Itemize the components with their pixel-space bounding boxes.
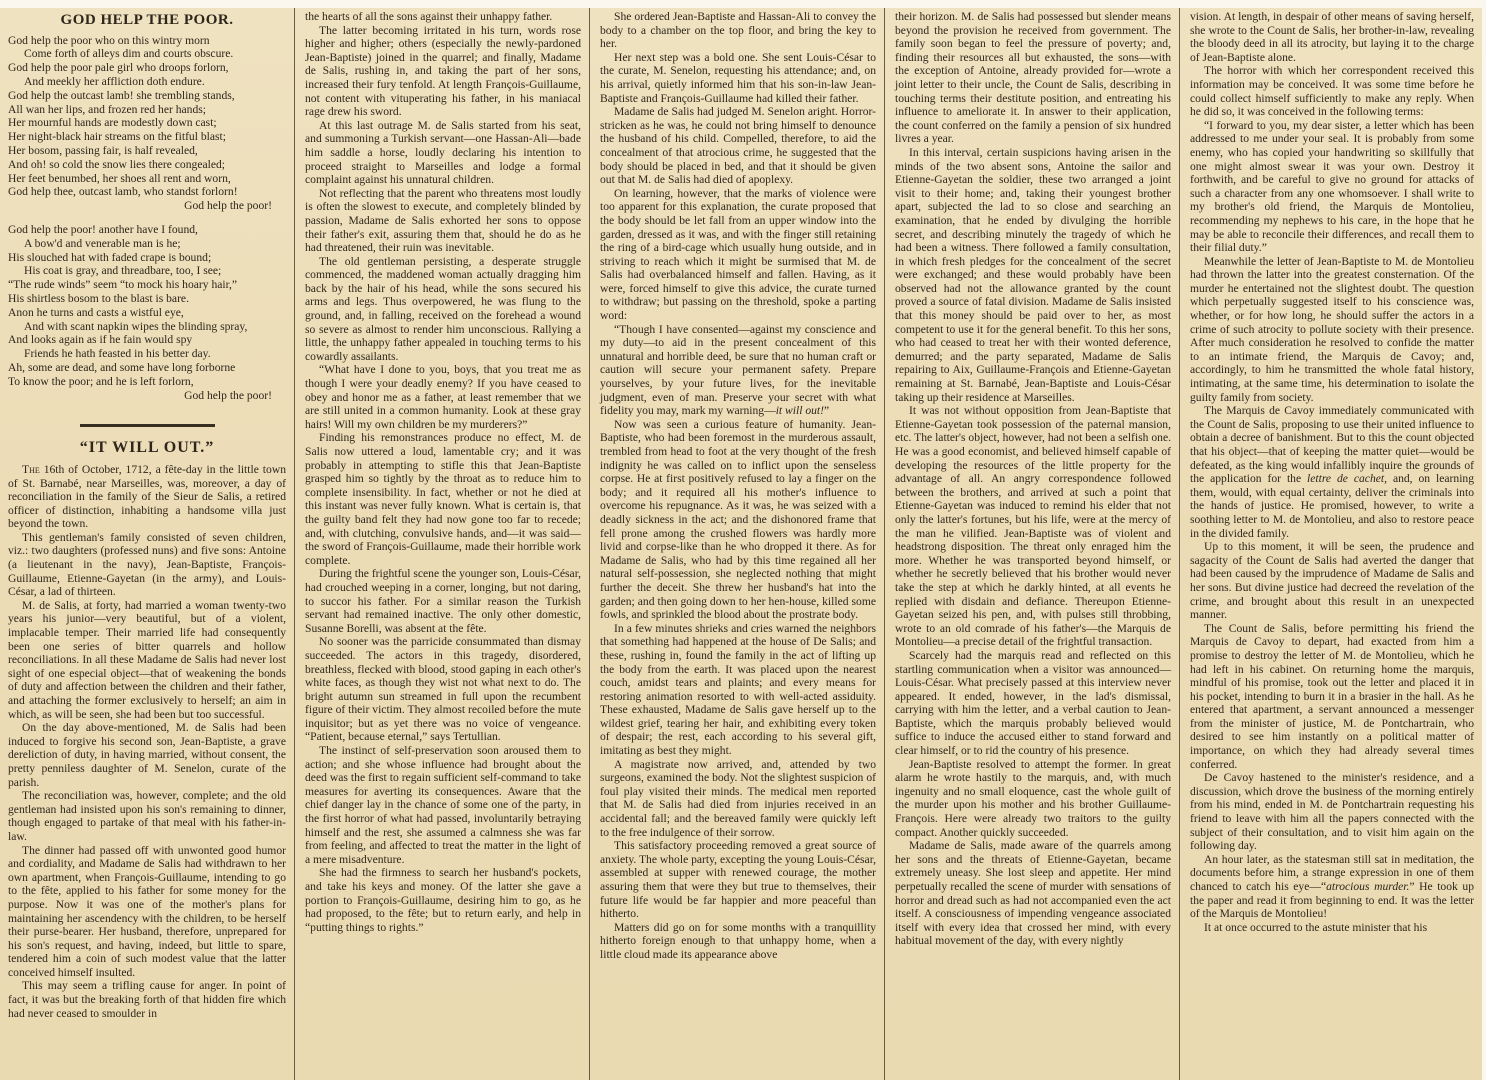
- paragraph-text: “Though I have consented—against my cons…: [600, 323, 876, 418]
- paragraph-text: This satisfactory proceeding removed a g…: [600, 839, 876, 920]
- paragraph-text: 16th of October, 1712, a fête-day in the…: [8, 463, 286, 530]
- story-paragraph: The old gentleman persisting, a desperat…: [305, 255, 581, 364]
- story-paragraph: She ordered Jean-Baptiste and Hassan-Ali…: [600, 10, 876, 51]
- poem-line: And meekly her affliction doth endure.: [8, 75, 286, 89]
- paragraph-text: A magistrate now arrived, and, attended …: [600, 758, 876, 839]
- story-column-2-text: the hearts of all the sons against their…: [305, 10, 581, 934]
- story-paragraph: This may seem a trifling cause for anger…: [8, 979, 286, 1020]
- story-paragraph: Finding his remonstrances produce no eff…: [305, 431, 581, 567]
- story-paragraph: At this last outrage M. de Salis started…: [305, 119, 581, 187]
- story-paragraph: The 16th of October, 1712, a fête-day in…: [8, 463, 286, 531]
- paragraph-text: It was not without opposition from Jean-…: [895, 404, 1171, 648]
- story-paragraph: Now was seen a curious feature of humani…: [600, 418, 876, 622]
- story-paragraph: De Cavoy hastened to the minister's resi…: [1190, 771, 1474, 853]
- paragraph-text: This may seem a trifling cause for anger…: [8, 979, 286, 1019]
- paragraph-text: The reconciliation was, however, complet…: [8, 789, 286, 843]
- paragraph-text: Jean-Baptiste resolved to attempt the fo…: [895, 758, 1171, 839]
- italic-phrase: atrocious murder.: [1326, 880, 1409, 893]
- newspaper-page: GOD HELP THE POOR. God help the poor who…: [0, 8, 1482, 1080]
- story-paragraph: Madame de Salis had judged M. Senelon ar…: [600, 105, 876, 187]
- story-paragraph: Madame de Salis, made aware of the quarr…: [895, 839, 1171, 948]
- story-paragraph: It was not without opposition from Jean-…: [895, 404, 1171, 649]
- paragraph-text: Not reflecting that the parent who threa…: [305, 187, 581, 254]
- paragraph-text: Matters did go on for some months with a…: [600, 921, 876, 961]
- paragraph-text: The horror with which her correspondent …: [1190, 64, 1474, 118]
- story-paragraph: On the day above-mentioned, M. de Salis …: [8, 721, 286, 789]
- story-paragraph: It at once occurred to the astute minist…: [1190, 921, 1474, 935]
- poem-line: His coat is gray, and threadbare, too, I…: [8, 264, 286, 278]
- poem-line: And oh! so cold the snow lies there cong…: [8, 158, 286, 172]
- poem-line: God help thee, outcast lamb, who standst…: [8, 185, 286, 199]
- paragraph-text-tail: ”: [824, 404, 829, 417]
- story-paragraph: Up to this moment, it will be seen, the …: [1190, 540, 1474, 622]
- story-paragraph: The horror with which her correspondent …: [1190, 64, 1474, 118]
- paragraph-text: M. de Salis, at forty, had married a wom…: [8, 599, 286, 721]
- story-paragraph: Matters did go on for some months with a…: [600, 921, 876, 962]
- poem-line: His shirtless bosom to the blast is bare…: [8, 292, 286, 306]
- paragraph-text: Her next step was a bold one. She sent L…: [600, 51, 876, 105]
- paragraph-text: the hearts of all the sons against their…: [305, 10, 552, 23]
- story-paragraph: Her next step was a bold one. She sent L…: [600, 51, 876, 105]
- paragraph-text: Up to this moment, it will be seen, the …: [1190, 540, 1474, 621]
- story-paragraph: Scarcely had the marquis read and reflec…: [895, 649, 1171, 758]
- story-paragraph: No sooner was the parricide consummated …: [305, 635, 581, 744]
- poem-line: To know the poor; and he is left forlorn…: [8, 375, 286, 389]
- story-column-5-text: vision. At length, in despair of other m…: [1190, 10, 1474, 934]
- paragraph-text: Now was seen a curious feature of humani…: [600, 418, 876, 621]
- paragraph-text: On learning, however, that the marks of …: [600, 187, 876, 322]
- story-paragraph: This gentleman's family consisted of sev…: [8, 531, 286, 599]
- paragraph-text: Meanwhile the letter of Jean-Baptiste to…: [1190, 255, 1474, 404]
- column-5: vision. At length, in despair of other m…: [1180, 8, 1482, 1080]
- paragraph-text: At this last outrage M. de Salis started…: [305, 119, 581, 186]
- paragraph-text: Scarcely had the marquis read and reflec…: [895, 649, 1171, 757]
- paragraph-text: The latter becoming irritated in his tur…: [305, 24, 581, 119]
- story-paragraph: A magistrate now arrived, and, attended …: [600, 758, 876, 840]
- italic-phrase: lettre de cachet: [1307, 472, 1384, 485]
- story-paragraph: “What have I done to you, boys, that you…: [305, 363, 581, 431]
- paragraph-text: In a few minutes shrieks and cries warne…: [600, 622, 876, 757]
- story-paragraph: An hour later, as the statesman still sa…: [1190, 853, 1474, 921]
- column-2: the hearts of all the sons against their…: [295, 8, 590, 1080]
- paragraph-text: The dinner had passed off with unwonted …: [8, 844, 286, 979]
- story-paragraph: In this interval, certain suspicions hav…: [895, 146, 1171, 404]
- poem-line: God help the poor pale girl who droops f…: [8, 61, 286, 75]
- story-paragraph: In a few minutes shrieks and cries warne…: [600, 622, 876, 758]
- story-paragraph: During the frightful scene the younger s…: [305, 567, 581, 635]
- paragraph-text: In this interval, certain suspicions hav…: [895, 146, 1171, 404]
- paragraph-text: The old gentleman persisting, a desperat…: [305, 255, 581, 363]
- poem-line: Come forth of alleys dim and courts obsc…: [8, 47, 286, 61]
- paragraph-text: Madame de Salis, made aware of the quarr…: [895, 839, 1171, 947]
- story-column-4-text: their horizon. M. de Salis had possessed…: [895, 10, 1171, 948]
- column-3: She ordered Jean-Baptiste and Hassan-Ali…: [590, 8, 885, 1080]
- poem-line: “The rude winds” seem “to mock his hoary…: [8, 278, 286, 292]
- paragraph-text: No sooner was the parricide consummated …: [305, 635, 581, 743]
- poem-line: A bow'd and venerable man is he;: [8, 237, 286, 251]
- section-divider: [80, 424, 215, 427]
- story-paragraph: “Though I have consented—against my cons…: [600, 323, 876, 418]
- paragraph-text: vision. At length, in despair of other m…: [1190, 10, 1474, 64]
- story-paragraph: Meanwhile the letter of Jean-Baptiste to…: [1190, 255, 1474, 405]
- paragraph-text: It at once occurred to the astute minist…: [1204, 921, 1427, 934]
- story-paragraph: The instinct of self-preservation soon a…: [305, 744, 581, 866]
- paragraph-text: This gentleman's family consisted of sev…: [8, 531, 286, 598]
- poem-line: Her mournful hands are modestly down cas…: [8, 116, 286, 130]
- paragraph-text: Finding his remonstrances produce no eff…: [305, 431, 581, 566]
- story-paragraph: “I forward to you, my dear sister, a let…: [1190, 119, 1474, 255]
- paragraph-text: their horizon. M. de Salis had possessed…: [895, 10, 1171, 145]
- poem-line: God help the outcast lamb! she trembling…: [8, 89, 286, 103]
- paragraph-text: The instinct of self-preservation soon a…: [305, 744, 581, 866]
- story-paragraph: She had the firmness to search her husba…: [305, 866, 581, 934]
- paragraph-text: During the frightful scene the younger s…: [305, 567, 581, 634]
- poem-line: Anon he turns and casts a wistful eye,: [8, 306, 286, 320]
- story-paragraph: Not reflecting that the parent who threa…: [305, 187, 581, 255]
- paragraph-text: Madame de Salis had judged M. Senelon ar…: [600, 105, 876, 186]
- story-paragraph: The dinner had passed off with unwonted …: [8, 844, 286, 980]
- paragraph-text: On the day above-mentioned, M. de Salis …: [8, 721, 286, 788]
- story-paragraph: The latter becoming irritated in his tur…: [305, 24, 581, 119]
- poem-line: God help the poor! another have I found,: [8, 223, 286, 237]
- poem-line: Her night-black hair streams on the fitf…: [8, 130, 286, 144]
- poem-line: Ah, some are dead, and some have long fo…: [8, 361, 286, 375]
- story-paragraph: On learning, however, that the marks of …: [600, 187, 876, 323]
- story-paragraph: The reconciliation was, however, complet…: [8, 789, 286, 843]
- poem-line: Friends he hath feasted in his better da…: [8, 347, 286, 361]
- poem: God help the poor who on this wintry mor…: [8, 34, 286, 403]
- poem-line: And looks again as if he fain would spy: [8, 333, 286, 347]
- story-column-3-text: She ordered Jean-Baptiste and Hassan-Ali…: [600, 10, 876, 962]
- story-paragraph: their horizon. M. de Salis had possessed…: [895, 10, 1171, 146]
- poem-stanza: God help the poor who on this wintry mor…: [8, 34, 286, 213]
- story-paragraph: vision. At length, in despair of other m…: [1190, 10, 1474, 64]
- poem-line: Her bosom, passing fair, is half reveale…: [8, 144, 286, 158]
- poem-line: Her feet benumbed, her shoes all rent an…: [8, 172, 286, 186]
- paragraph-text: She ordered Jean-Baptiste and Hassan-Ali…: [600, 10, 876, 50]
- story-paragraph: M. de Salis, at forty, had married a wom…: [8, 599, 286, 721]
- story-paragraph: Jean-Baptiste resolved to attempt the fo…: [895, 758, 1171, 840]
- column-1: GOD HELP THE POOR. God help the poor who…: [0, 8, 295, 1080]
- poem-line: All wan her lips, and frozen red her han…: [8, 103, 286, 117]
- paragraph-text: De Cavoy hastened to the minister's resi…: [1190, 771, 1474, 852]
- paragraph-text: “What have I done to you, boys, that you…: [305, 363, 581, 430]
- column-4: their horizon. M. de Salis had possessed…: [885, 8, 1180, 1080]
- story-paragraph: The Count de Salis, before permitting hi…: [1190, 622, 1474, 772]
- italic-phrase: it will out!: [776, 404, 824, 417]
- poem-title: GOD HELP THE POOR.: [8, 14, 286, 28]
- poem-line: God help the poor who on this wintry mor…: [8, 34, 286, 48]
- paragraph-text: She had the firmness to search her husba…: [305, 866, 581, 933]
- story-paragraph: This satisfactory proceeding removed a g…: [600, 839, 876, 921]
- drop-lead: The: [22, 463, 40, 476]
- poem-line: And with scant napkin wipes the blinding…: [8, 320, 286, 334]
- story-title: “IT WILL OUT.”: [8, 441, 286, 455]
- poem-stanza: God help the poor! another have I found,…: [8, 223, 286, 402]
- story-paragraph: The Marquis de Cavoy immediately communi…: [1190, 404, 1474, 540]
- poem-line: God help the poor!: [8, 389, 286, 403]
- paragraph-text: The Count de Salis, before permitting hi…: [1190, 622, 1474, 771]
- story-column-1-text: The 16th of October, 1712, a fête-day in…: [8, 463, 286, 1020]
- poem-line: God help the poor!: [8, 199, 286, 213]
- poem-line: His slouched hat with faded crape is bou…: [8, 251, 286, 265]
- story-paragraph: the hearts of all the sons against their…: [305, 10, 581, 24]
- paragraph-text: “I forward to you, my dear sister, a let…: [1190, 119, 1474, 254]
